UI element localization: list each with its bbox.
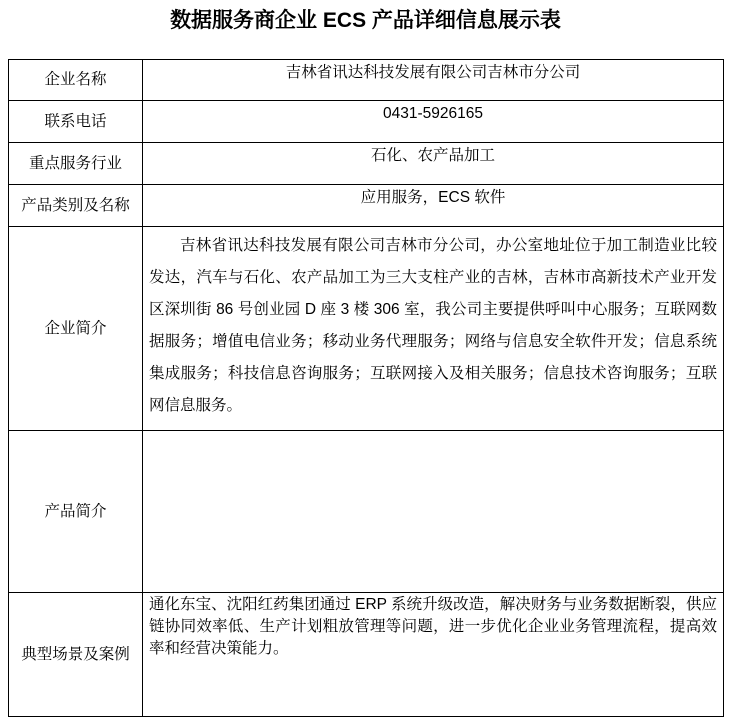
label-company-name: 企业名称 <box>9 60 143 101</box>
label-contact-phone: 联系电话 <box>9 101 143 143</box>
label-company-profile: 企业简介 <box>9 227 143 431</box>
table-row-typical-scenarios: 典型场景及案例 通化东宝、沈阳红药集团通过 ERP 系统升级改造，解决财务与业务… <box>9 593 724 717</box>
company-profile-paragraph: 吉林省讯达科技发展有限公司吉林市分公司，办公室地址位于加工制造业比较发达，汽车与… <box>149 230 717 422</box>
label-product-profile: 产品简介 <box>9 431 143 593</box>
label-product-category: 产品类别及名称 <box>9 185 143 227</box>
table-row-product-profile: 产品简介 <box>9 431 724 593</box>
info-table: 企业名称 吉林省讯达科技发展有限公司吉林市分公司 联系电话 0431-59261… <box>8 59 724 717</box>
value-product-category: 应用服务，ECS 软件 <box>143 185 724 227</box>
value-key-service-industry: 石化、农产品加工 <box>143 143 724 185</box>
value-contact-phone: 0431-5926165 <box>143 101 724 143</box>
label-key-service-industry: 重点服务行业 <box>9 143 143 185</box>
document-page: 数据服务商企业 ECS 产品详细信息展示表 企业名称 吉林省讯达科技发展有限公司… <box>0 0 731 722</box>
value-typical-scenarios: 通化东宝、沈阳红药集团通过 ERP 系统升级改造，解决财务与业务数据断裂，供应链… <box>143 593 724 717</box>
table-row-product-category: 产品类别及名称 应用服务，ECS 软件 <box>9 185 724 227</box>
table-row-key-service-industry: 重点服务行业 石化、农产品加工 <box>9 143 724 185</box>
table-row-company-profile: 企业简介 吉林省讯达科技发展有限公司吉林市分公司，办公室地址位于加工制造业比较发… <box>9 227 724 431</box>
label-typical-scenarios: 典型场景及案例 <box>9 593 143 717</box>
value-company-profile: 吉林省讯达科技发展有限公司吉林市分公司，办公室地址位于加工制造业比较发达，汽车与… <box>143 227 724 431</box>
value-company-name: 吉林省讯达科技发展有限公司吉林市分公司 <box>143 60 724 101</box>
page-title: 数据服务商企业 ECS 产品详细信息展示表 <box>0 6 731 36</box>
table-row-company-name: 企业名称 吉林省讯达科技发展有限公司吉林市分公司 <box>9 60 724 101</box>
typical-scenarios-paragraph: 通化东宝、沈阳红药集团通过 ERP 系统升级改造，解决财务与业务数据断裂，供应链… <box>149 594 717 660</box>
value-product-profile <box>143 431 724 593</box>
table-row-contact-phone: 联系电话 0431-5926165 <box>9 101 724 143</box>
